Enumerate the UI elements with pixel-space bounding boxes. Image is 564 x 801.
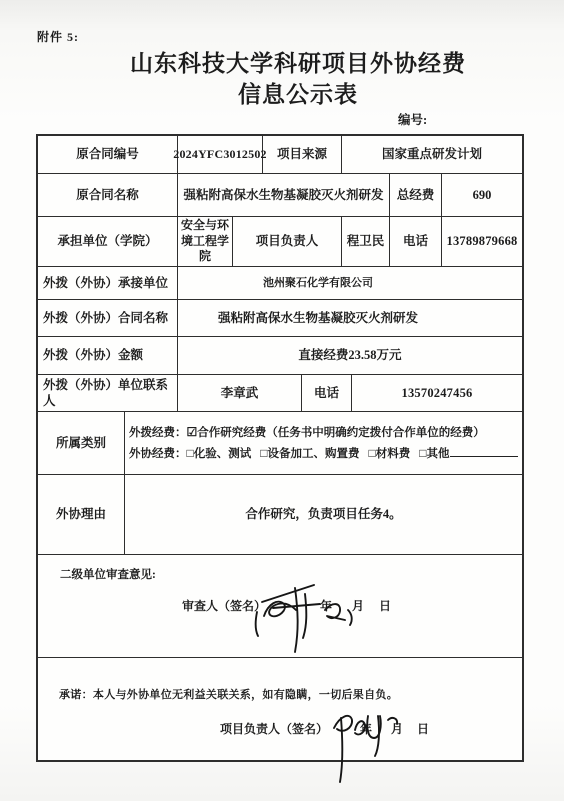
waibo-prefix: 外拨经费： — [129, 427, 187, 439]
scanned-form-page: 附件 5: 山东科技大学科研项目外协经费 信息公示表 编号: 原合同编号 202… — [0, 0, 564, 801]
project-source-value: 国家重点研发计划 — [342, 136, 522, 174]
total-budget-value: 690 — [442, 174, 522, 217]
table-row: 二级单位审查意见: 审查人（签名）年月日 — [38, 555, 522, 658]
leader-phone-value: 13789879668 — [442, 217, 522, 267]
empty-checkbox-icon: □ — [260, 446, 267, 460]
empty-checkbox-icon: □ — [187, 446, 194, 460]
project-leader-value: 程卫民 — [342, 217, 390, 267]
undertaking-unit-label: 承担单位（学院） — [38, 217, 178, 267]
table-row: 外拨（外协）承接单位 池州聚石化学有限公司 — [38, 267, 522, 300]
project-leader-label: 项目负责人 — [233, 217, 342, 267]
table-row: 原合同编号 2024YFC3012502 项目来源 国家重点研发计划 — [38, 136, 522, 174]
outsourcing-amount-label: 外拨（外协）金额 — [38, 337, 178, 375]
form-table: 原合同编号 2024YFC3012502 项目来源 国家重点研发计划 原合同名称… — [36, 134, 524, 762]
empty-checkbox-icon: □ — [369, 446, 376, 460]
table-row: 外拨（外协）金额 直接经费23.58万元 — [38, 337, 522, 375]
number-label: 编号: — [398, 110, 427, 128]
table-row: 外拨（外协）单位联系人 李章武 电话 13570247456 — [38, 375, 522, 412]
reviewer-sign-label: 审查人（签名） — [182, 599, 266, 613]
table-row: 所属类别 外拨经费：☑合作研究经费（任务书中明确约定拨付合作单位的经费） 外协经… — [38, 412, 522, 475]
table-row: 原合同名称 强粘附高保水生物基凝胶灭火剂研发 总经费 690 — [38, 174, 522, 217]
contact-phone-value: 13570247456 — [352, 375, 522, 412]
page-title-line1: 山东科技大学科研项目外协经费 — [66, 48, 530, 79]
promise-text: 承诺：本人与外协单位无利益关联关系，如有隐瞒，一切后果自负。 — [59, 688, 398, 702]
table-row: 外拨（外协）合同名称 强粘附高保水生物基凝胶灭火剂研发 — [38, 300, 522, 337]
original-contract-no-value: 2024YFC3012502 — [178, 136, 263, 174]
table-row: 承担单位（学院） 安全与环境工程学院 项目负责人 程卫民 电话 13789879… — [38, 217, 522, 267]
table-row: 外协理由 合作研究，负责项目任务4。 — [38, 475, 522, 555]
day-label: 日 — [379, 599, 391, 615]
original-contract-name-value: 强粘附高保水生物基凝胶灭火剂研发 — [178, 174, 390, 217]
day-label: 日 — [417, 722, 429, 738]
undertaking-unit-value: 安全与环境工程学院 — [178, 217, 233, 267]
year-label: 年 — [360, 722, 372, 738]
category-content: 外拨经费：☑合作研究经费（任务书中明确约定拨付合作单位的经费） 外协经费：□化验… — [125, 412, 522, 475]
table-row: 承诺：本人与外协单位无利益关联关系，如有隐瞒，一切后果自负。 项目负责人（签名）… — [38, 658, 522, 764]
reason-value: 合作研究，负责项目任务4。 — [125, 475, 522, 555]
checked-checkbox-icon: ☑ — [187, 425, 198, 439]
total-budget-label: 总经费 — [390, 174, 442, 217]
leader-phone-label: 电话 — [390, 217, 442, 267]
other-blank-line — [450, 444, 518, 457]
project-source-label: 项目来源 — [263, 136, 342, 174]
promise-section: 承诺：本人与外协单位无利益关联关系，如有隐瞒，一切后果自负。 项目负责人（签名）… — [38, 658, 522, 764]
category-label: 所属类别 — [38, 412, 125, 475]
attachment-label: 附件 5: — [37, 28, 79, 45]
reason-label: 外协理由 — [38, 475, 125, 555]
empty-checkbox-icon: □ — [419, 446, 426, 460]
outsourcing-contact-value: 李章武 — [178, 375, 302, 412]
outsourcing-unit-label: 外拨（外协）承接单位 — [38, 267, 178, 300]
original-contract-name-label: 原合同名称 — [38, 174, 178, 217]
outsourcing-amount-value: 直接经费23.58万元 — [178, 337, 522, 375]
page-title: 山东科技大学科研项目外协经费 信息公示表 — [66, 48, 530, 110]
year-label: 年 — [320, 599, 332, 615]
review-section: 二级单位审查意见: 审查人（签名）年月日 — [38, 555, 522, 658]
outsourcing-contact-label: 外拨（外协）单位联系人 — [38, 375, 178, 412]
month-label: 月 — [352, 599, 364, 615]
category-line-waibo: 外拨经费：☑合作研究经费（任务书中明确约定拨付合作单位的经费） — [129, 422, 485, 443]
waixie-prefix: 外协经费： — [129, 448, 187, 460]
equipment-option: 设备加工、购置费 — [268, 448, 360, 460]
outsourcing-unit-value: 池州聚石化学有限公司 — [263, 276, 373, 290]
cooperation-funds-option: 合作研究经费（任务书中明确约定拨付合作单位的经费） — [197, 427, 485, 439]
page-title-line2: 信息公示表 — [66, 79, 530, 110]
leader-sign-line: 项目负责人（签名）年月日 — [220, 722, 429, 738]
reviewer-sign-line: 审查人（签名）年月日 — [182, 599, 391, 615]
review-title: 二级单位审查意见: — [60, 568, 156, 583]
other-option: 其他 — [427, 448, 450, 460]
contact-phone-label: 电话 — [302, 375, 352, 412]
material-option: 材料费 — [376, 448, 411, 460]
test-option: 化验、测试 — [194, 448, 252, 460]
leader-sign-label: 项目负责人（签名） — [220, 722, 328, 736]
outsourcing-contract-name-label: 外拨（外协）合同名称 — [38, 300, 178, 337]
outsourcing-contract-name-value: 强粘附高保水生物基凝胶灭火剂研发 — [218, 310, 418, 326]
month-label: 月 — [391, 722, 403, 738]
original-contract-no-label: 原合同编号 — [38, 136, 178, 174]
category-line-waixie: 外协经费：□化验、测试□设备加工、购置费□材料费□其他 — [129, 443, 518, 464]
